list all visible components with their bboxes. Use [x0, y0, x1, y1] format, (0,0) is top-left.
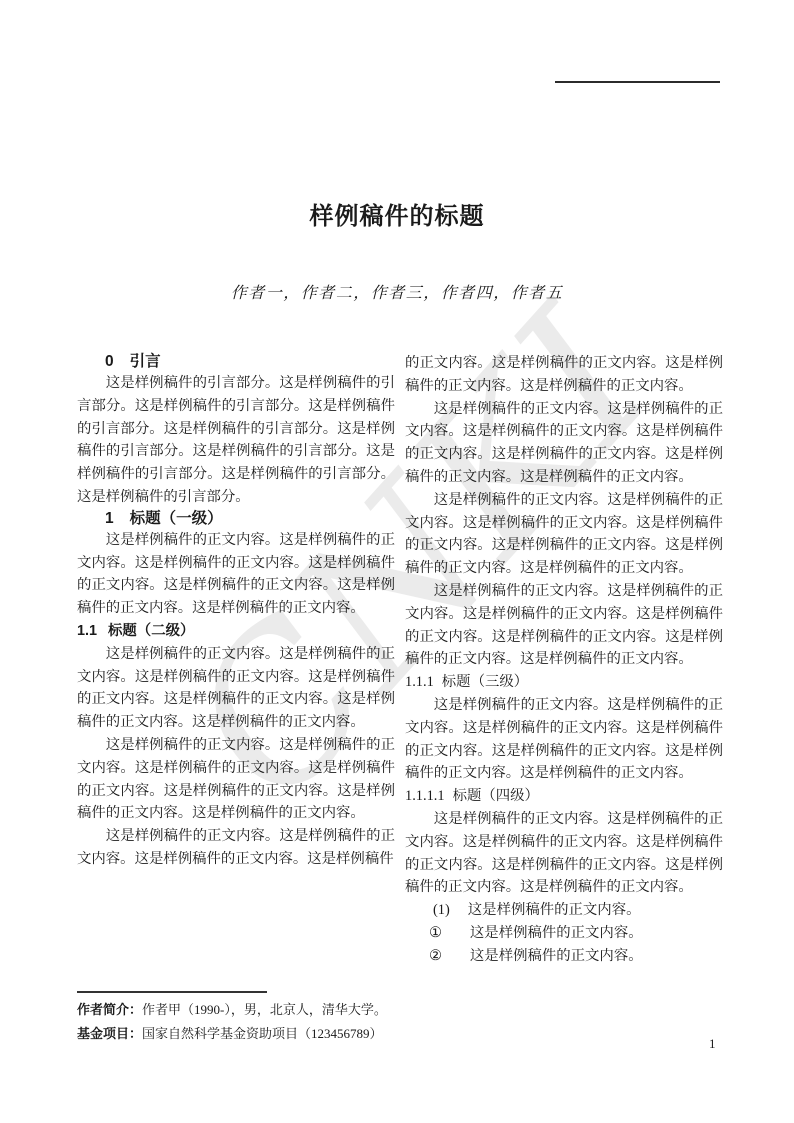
heading-text: 标题（三级） [442, 674, 528, 690]
paragraph: 这是样例稿件的正文内容。这是样例稿件的正文内容。这是样例稿件的正文内容。这是样例… [405, 489, 723, 580]
section-heading-level3: 1.1.1标题（三级） [405, 671, 723, 694]
heading-number: 1.1.1 [405, 674, 434, 690]
footnote-rule [77, 991, 267, 993]
paragraph: 这是样例稿件的正文内容。这是样例稿件的正文内容。这是样例稿件的正文内容。这是样例… [77, 643, 395, 734]
list-marker: (1) [433, 902, 450, 918]
paragraph: 这是样例稿件的正文内容。这是样例稿件的正文内容。这是样例稿件的正文内容。这是样例… [405, 398, 723, 489]
footnote-text: 国家自然科学基金资助项目（123456789） [142, 1026, 383, 1041]
body-columns: 0引言 这是样例稿件的引言部分。这是样例稿件的引言部分。这是样例稿件的引言部分。… [77, 352, 723, 968]
paragraph: 这是样例稿件的正文内容。这是样例稿件的正文内容。这是样例稿件的正文内容。这是样例… [405, 694, 723, 785]
paragraph: 这是样例稿件的正文内容。这是样例稿件的正文内容。这是样例稿件的正文内容。这是样例… [405, 808, 723, 899]
section-heading-level4: 1.1.1.1标题（四级） [405, 785, 723, 808]
section-heading-level1: 1标题（一级） [77, 509, 395, 529]
list-text: 这是样例稿件的正文内容。 [470, 948, 643, 964]
footnote-text: 作者甲（1990-），男，北京人，清华大学。 [142, 1002, 387, 1017]
paragraph-continuation: 的正文内容。这是样例稿件的正文内容。这是样例稿件的正文内容。这是样例稿件的正文内… [405, 352, 723, 398]
header-rule [555, 81, 720, 83]
paragraph-partial: 这是样例稿件的正文内容。这是样例稿件的正文内容。这是样例稿件的正文内容。这是样例… [77, 825, 395, 871]
footnote-funding: 基金项目：国家自然科学基金资助项目（123456789） [77, 1022, 417, 1046]
heading-text: 引言 [130, 353, 161, 370]
list-item: (1)这是样例稿件的正文内容。 [405, 899, 723, 922]
footnote-block: 作者简介：作者甲（1990-），男，北京人，清华大学。 基金项目：国家自然科学基… [77, 991, 417, 1046]
page-title: 样例稿件的标题 [0, 196, 794, 231]
paragraph: 这是样例稿件的正文内容。这是样例稿件的正文内容。这是样例稿件的正文内容。这是样例… [77, 734, 395, 825]
heading-number: 0 [105, 353, 114, 370]
list-marker: ② [429, 948, 442, 964]
authors-line: 作者一，作者二，作者三，作者四，作者五 [0, 280, 794, 303]
heading-number: 1.1 [77, 623, 97, 639]
paragraph: 这是样例稿件的引言部分。这是样例稿件的引言部分。这是样例稿件的引言部分。这是样例… [77, 372, 395, 509]
heading-text: 标题（二级） [108, 623, 194, 639]
column-left: 0引言 这是样例稿件的引言部分。这是样例稿件的引言部分。这是样例稿件的引言部分。… [77, 352, 395, 968]
footnote-label: 作者简介： [77, 1002, 142, 1017]
section-heading-intro: 0引言 [77, 352, 395, 372]
section-heading-level2: 1.1标题（二级） [77, 620, 395, 643]
list-item: ②这是样例稿件的正文内容。 [405, 945, 723, 968]
footnote-label: 基金项目： [77, 1026, 142, 1041]
page-number: 1 [709, 1036, 716, 1052]
column-right: 的正文内容。这是样例稿件的正文内容。这是样例稿件的正文内容。这是样例稿件的正文内… [405, 352, 723, 968]
paragraph: 这是样例稿件的正文内容。这是样例稿件的正文内容。这是样例稿件的正文内容。这是样例… [405, 580, 723, 671]
heading-text: 标题（四级） [453, 788, 539, 804]
list-text: 这是样例稿件的正文内容。 [470, 925, 643, 941]
heading-text: 标题（一级） [130, 510, 223, 527]
heading-number: 1 [105, 510, 114, 527]
list-text: 这是样例稿件的正文内容。 [468, 902, 641, 918]
list-marker: ① [429, 925, 442, 941]
list-item: ①这是样例稿件的正文内容。 [405, 922, 723, 945]
heading-number: 1.1.1.1 [405, 788, 445, 804]
document-page: CNKI 样例稿件的标题 作者一，作者二，作者三，作者四，作者五 0引言 这是样… [0, 0, 794, 1123]
paragraph: 这是样例稿件的正文内容。这是样例稿件的正文内容。这是样例稿件的正文内容。这是样例… [77, 529, 395, 620]
footnote-author-bio: 作者简介：作者甲（1990-），男，北京人，清华大学。 [77, 998, 417, 1022]
